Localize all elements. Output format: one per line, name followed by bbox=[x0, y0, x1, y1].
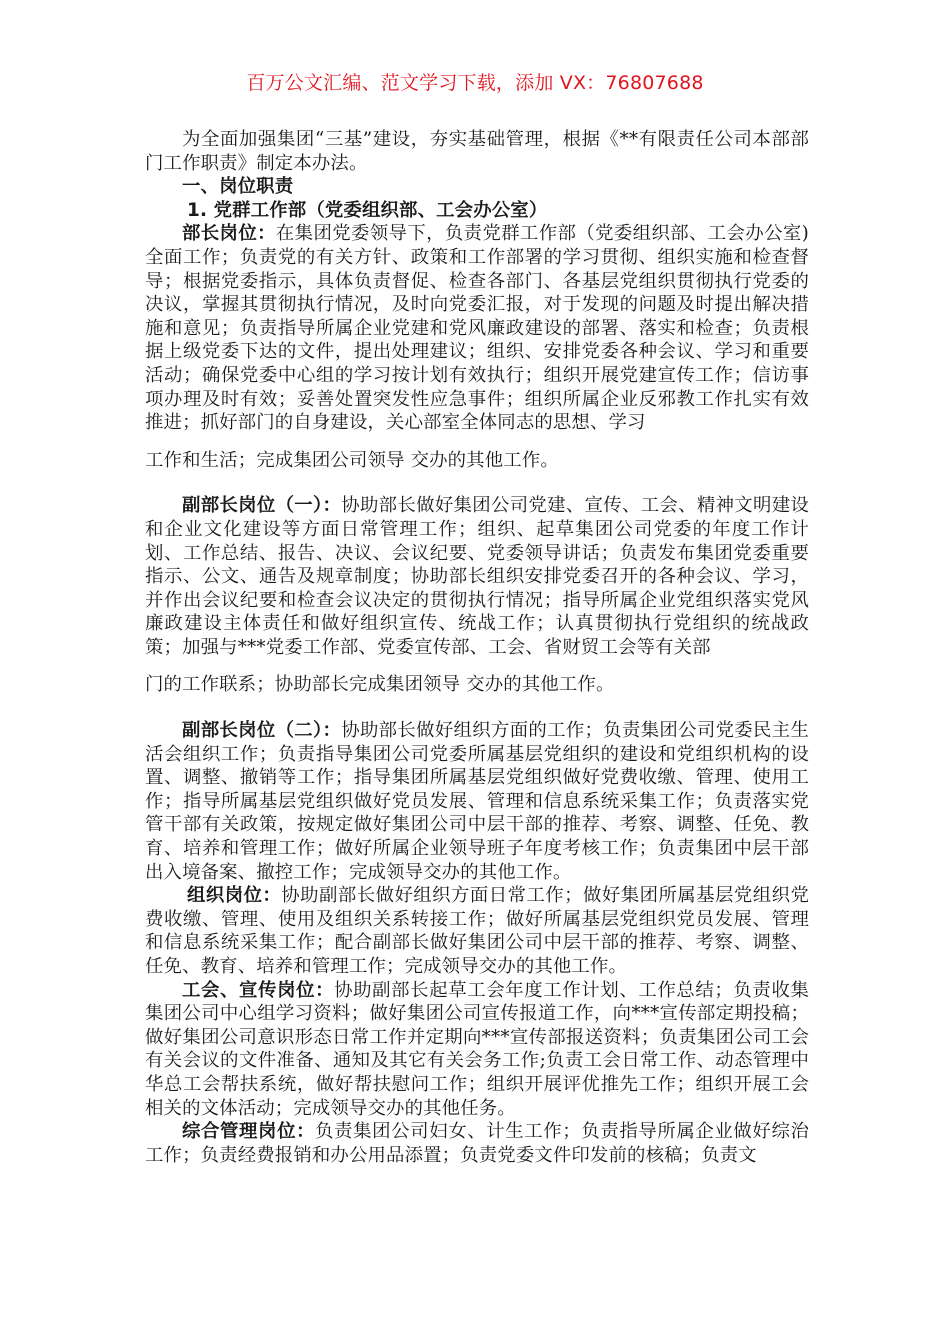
duty-paragraph-deputy-1: 副部长岗位（一）：协助部长做好集团公司党建、宣传、工会、精神文明建设和企业文化建… bbox=[145, 494, 809, 697]
role-label: 副部长岗位（一）： bbox=[182, 495, 341, 516]
duty-paragraph-director: 部长岗位：在集团党委领导下，负责党群工作部（党委组织部、工会办公室)全面工作；负… bbox=[145, 222, 809, 472]
download-banner: 百万公文汇编、范文学习下载，添加 VX：76807688 bbox=[0, 68, 950, 95]
role-label: 部长岗位： bbox=[182, 223, 276, 244]
role-description-tail: 门的工作联系；协助部长完成集团领导 交办的其他工作。 bbox=[145, 673, 809, 697]
role-label: 工会、宣传岗位： bbox=[182, 980, 334, 1001]
duty-paragraph-union-publicity: 工会、宣传岗位：协助副部长起草工会年度工作计划、工作总结；负责收集集团公司中心组… bbox=[145, 979, 809, 1121]
role-description: 协助部长做好集团公司党建、宣传、工会、精神文明建设和企业文化建设等方面日常管理工… bbox=[145, 495, 809, 658]
role-description: 协助部长做好组织方面的工作；负责集团公司党委民主生活会组织工作；负责指导集团公司… bbox=[145, 720, 809, 883]
role-description: 在集团党委领导下，负责党群工作部（党委组织部、工会办公室)全面工作；负责党的有关… bbox=[145, 223, 809, 433]
role-label: 副部长岗位（二）： bbox=[182, 720, 341, 741]
section-title: 一、岗位职责 bbox=[145, 175, 809, 199]
intro-paragraph: 为全面加强集团“三基”建设，夯实基础管理，根据《**有限责任公司本部部门工作职责… bbox=[145, 128, 809, 175]
role-label: 组织岗位： bbox=[187, 885, 281, 906]
role-description-tail: 工作和生活；完成集团公司领导 交办的其他工作。 bbox=[145, 449, 809, 473]
duty-paragraph-organization: 组织岗位：协助副部长做好组织方面日常工作；做好集团所属基层党组织党费收缴、管理、… bbox=[145, 884, 809, 978]
duty-paragraph-deputy-2: 副部长岗位（二）：协助部长做好组织方面的工作；负责集团公司党委民主生活会组织工作… bbox=[145, 719, 809, 884]
subsection-title: 1. 党群工作部（党委组织部、工会办公室） bbox=[145, 199, 809, 223]
document-body: 为全面加强集团“三基”建设，夯实基础管理，根据《**有限责任公司本部部门工作职责… bbox=[145, 128, 809, 1167]
role-label: 综合管理岗位： bbox=[182, 1121, 315, 1142]
duty-paragraph-general-admin: 综合管理岗位：负责集团公司妇女、计生工作；负责指导所属企业做好综治工作；负责经费… bbox=[145, 1120, 809, 1167]
